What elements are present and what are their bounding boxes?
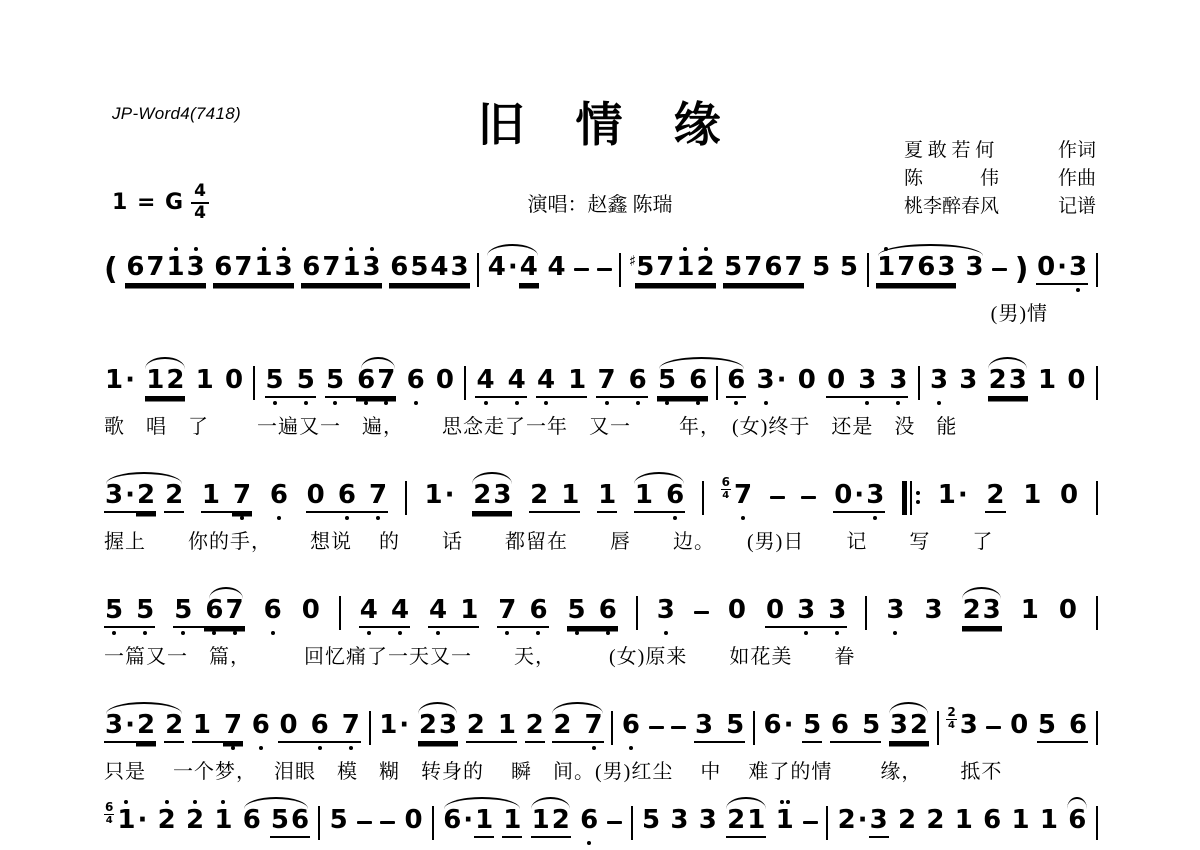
note: 1 xyxy=(1039,798,1059,847)
octave-dots-low xyxy=(937,398,941,407)
note-chars: 2·3 xyxy=(837,798,889,847)
note-digit: 3 xyxy=(756,366,776,398)
octave-dots-low xyxy=(835,628,839,637)
octave-dot xyxy=(231,746,235,750)
barline xyxy=(865,596,867,630)
note: 6 xyxy=(982,798,1002,847)
note: 4 1 xyxy=(536,358,587,407)
note-digit: 6 xyxy=(598,596,618,628)
note-chars: 0 xyxy=(1058,588,1078,637)
note-char xyxy=(714,703,725,752)
note-digit: 6 xyxy=(301,253,321,285)
note-digit: 3 xyxy=(958,366,978,398)
note-digit: 6 xyxy=(337,481,357,513)
note-char xyxy=(877,358,888,407)
note-char: 7 xyxy=(743,245,763,294)
note: 0 xyxy=(1009,703,1029,752)
note: 1· xyxy=(104,358,136,407)
note: 1· xyxy=(937,473,969,522)
note-char xyxy=(326,473,337,522)
note-digit: 0 xyxy=(278,711,298,743)
barline xyxy=(867,253,869,287)
note-digit: 1 xyxy=(213,806,233,838)
note-digit: 6 xyxy=(916,253,936,285)
barline xyxy=(1096,711,1098,745)
note-digit: 5 xyxy=(723,253,743,285)
octave-dots-low xyxy=(333,398,337,407)
note-digit: 5 xyxy=(802,711,822,743)
note-char: 3 xyxy=(869,798,889,847)
note-char: 1 xyxy=(1020,588,1040,637)
meter-fraction: 4 4 xyxy=(191,183,209,222)
note-char xyxy=(785,588,796,637)
note-digit: 5 xyxy=(1037,711,1057,743)
note-digit: 2 xyxy=(157,806,177,838)
note: 6 xyxy=(269,473,289,522)
note-chars: 1 xyxy=(775,798,795,847)
note: 0 6 7 xyxy=(278,703,360,752)
note-chars: 1 xyxy=(1010,798,1030,847)
note-digit: 1 xyxy=(1039,806,1059,838)
note: 6 xyxy=(621,703,641,752)
note: 5 6 xyxy=(567,588,618,637)
octave-dots-low xyxy=(240,513,244,522)
lyrics-line: 握上 你的手， 想说 的 话 都留在 唇 边。 (男)日 记 写 了 xyxy=(104,525,1098,554)
note: 6713 xyxy=(301,245,381,294)
note-digit: 7 xyxy=(896,253,916,285)
note: 5 6 xyxy=(1037,703,1088,752)
note: 3 xyxy=(929,358,949,407)
octave-dots-low xyxy=(636,398,640,407)
note-chars: 0 6 7 xyxy=(278,703,360,752)
note-digit: 7 xyxy=(233,253,253,285)
octave-dot xyxy=(165,800,169,804)
note-char: 4 xyxy=(359,588,379,637)
note-chars: 6 xyxy=(269,473,289,522)
notes-row: (67136713671365434·44♯571257675517633)0·… xyxy=(104,245,1098,294)
note-chars: 3 xyxy=(929,358,949,407)
note-chars: 2 7 xyxy=(552,703,603,752)
note-char: · xyxy=(783,703,795,752)
octave-dot xyxy=(664,631,668,635)
note: 0 xyxy=(1066,358,1086,407)
note: 5 xyxy=(641,798,661,847)
octave-dot xyxy=(484,401,488,405)
note-digit: 6 xyxy=(242,806,262,838)
note-chars: 6 5 xyxy=(830,703,881,752)
note: 647 xyxy=(721,473,753,522)
note-char: 2 xyxy=(985,473,1005,522)
note-chars: 32 xyxy=(889,703,929,752)
note: ♯5712 xyxy=(629,245,716,294)
note-char: 5 xyxy=(839,245,859,294)
notes-row: 3·221 760 6 71·232 111 66470·31·210 xyxy=(104,473,1098,522)
note-chars: 1 xyxy=(597,473,617,522)
note: 5 5 xyxy=(104,588,155,637)
time-signature-change: 24 xyxy=(946,706,956,731)
note-char: 1 xyxy=(201,473,221,522)
note-digit: 3 xyxy=(865,481,885,513)
slur-group: 6·11 xyxy=(442,798,522,847)
notes-row: 641·221656506·111265332112·32216116 xyxy=(104,798,1098,847)
note-digit: 2 xyxy=(726,806,746,838)
notes-row: 3·221 760 6 71·232 122 763 56·56 5322430… xyxy=(104,703,1098,752)
lyrics-line: (男)情 xyxy=(104,297,1098,326)
note-digit: 1 xyxy=(116,806,136,838)
note-char: 1 xyxy=(954,798,974,847)
note-digit: · xyxy=(507,253,519,285)
note-char: 1 xyxy=(1022,473,1042,522)
note-char: 0 xyxy=(404,798,424,847)
octave-dots-low xyxy=(734,398,738,407)
note-char: 1 xyxy=(1039,798,1059,847)
note-digit: 5 xyxy=(811,253,831,285)
time-signature-change: 64 xyxy=(104,801,114,826)
note: 1 xyxy=(213,798,233,847)
note-digit: 1 xyxy=(192,711,212,743)
octave-dots-low xyxy=(515,398,519,407)
credit-name: 桃李醉春风 xyxy=(904,193,999,221)
note-chars: 12 xyxy=(531,798,571,847)
duration-dash xyxy=(803,821,818,824)
note-digit xyxy=(496,366,507,398)
notes-row: 1·12105 55 67604 44 17 65 663·00 3 33323… xyxy=(104,358,1098,407)
note-char: 1 xyxy=(775,798,795,847)
barline xyxy=(1096,596,1098,630)
note-chars: 0 3 3 xyxy=(765,588,847,637)
octave-dots-low xyxy=(112,628,116,637)
note-digit: · xyxy=(136,806,148,838)
note-chars: 0 xyxy=(1009,703,1029,752)
note-char: 2 xyxy=(525,703,545,752)
note-chars: 0 xyxy=(727,588,747,637)
octave-dot xyxy=(741,516,745,520)
barline xyxy=(937,711,939,745)
note-digit xyxy=(572,711,583,743)
barline xyxy=(716,366,718,400)
note-char: 3 xyxy=(656,588,676,637)
octave-dot xyxy=(333,401,337,405)
octave-dot xyxy=(364,401,368,405)
note-char: · xyxy=(124,358,136,407)
slur-group: 656 xyxy=(242,798,310,847)
octave-dots-low xyxy=(277,513,281,522)
parenthesis: ) xyxy=(1015,247,1029,293)
note-digit: 2 xyxy=(695,253,715,285)
lyrics-line: 歌 唱 了 一遍又一 遍， 思念走了一年 又一 年， (女)终于 还是 没 能 xyxy=(104,410,1098,439)
music-line: (67136713671365434·44♯571257675517633)0·… xyxy=(104,245,1098,326)
octave-dots-low xyxy=(143,628,147,637)
note-chars: 4 xyxy=(546,245,566,294)
note-digit: · xyxy=(462,806,474,838)
barline xyxy=(631,806,633,840)
note-chars: 0 xyxy=(1059,473,1079,522)
note: 3 xyxy=(656,588,676,637)
note-char xyxy=(496,358,507,407)
duration-dash xyxy=(986,726,1001,729)
sheet-music-page: { "page": {"bg": "#ffffff", "fg": "#0000… xyxy=(0,0,1200,850)
note-char: 5 xyxy=(811,245,831,294)
note: 4·4 xyxy=(487,245,539,294)
note-char xyxy=(816,588,827,637)
note: 1 xyxy=(954,798,974,847)
note-digit: 7 xyxy=(225,596,245,628)
duration-dash xyxy=(770,496,785,499)
note-digit xyxy=(326,481,337,513)
note-char xyxy=(212,703,223,752)
octave-dots-low xyxy=(233,628,237,637)
note-digit: 4 xyxy=(429,253,449,285)
note-char: · xyxy=(136,798,148,847)
note-char: 6 xyxy=(598,588,618,637)
note-digit: 1 xyxy=(937,481,957,513)
slur-group: 3·22 xyxy=(104,703,184,752)
note-digit xyxy=(357,481,368,513)
note-chars: 7 6 xyxy=(497,588,548,637)
note-digit: 0 xyxy=(224,366,244,398)
octave-dot xyxy=(1076,288,1080,292)
note-digit xyxy=(654,481,665,513)
note-char: 5 xyxy=(802,703,822,752)
slur-group: 3·22 xyxy=(104,473,184,522)
note-chars: 5712 xyxy=(635,245,715,294)
note-digit xyxy=(617,366,628,398)
note-digit xyxy=(212,711,223,743)
octave-dot xyxy=(370,247,374,251)
note-char: 0 xyxy=(727,588,747,637)
octave-dots-low xyxy=(696,398,700,407)
note: 0 xyxy=(1058,588,1078,637)
note-digit: 2 xyxy=(185,806,205,838)
note-char: 4 xyxy=(429,245,449,294)
octave-dots-low xyxy=(271,628,275,637)
note-digit xyxy=(549,481,560,513)
note-digit: 3 xyxy=(698,806,718,838)
note-chars: 4·4 xyxy=(487,245,539,294)
note-chars: 0 xyxy=(797,358,817,407)
note-char: 1 xyxy=(424,473,444,522)
note-char: 7 xyxy=(321,245,341,294)
note-chars: 23 xyxy=(988,358,1028,407)
note-digit: 1 xyxy=(166,253,186,285)
duration-dash xyxy=(649,726,664,729)
note-char: 2 xyxy=(837,798,857,847)
note-char: 5 xyxy=(173,588,193,637)
note: 5 xyxy=(802,703,822,752)
note-char xyxy=(345,358,356,407)
octave-dot xyxy=(233,631,237,635)
octave-dots-low xyxy=(181,628,185,637)
note-digit xyxy=(877,366,888,398)
note-digit xyxy=(846,366,857,398)
note-char: 1 xyxy=(497,703,517,752)
note-digit: 6 xyxy=(763,253,783,285)
music-line: 641·221656506·111265332112·32216116 xyxy=(104,798,1098,847)
octave-dots-low xyxy=(364,398,368,407)
note-chars: 1· xyxy=(937,473,969,522)
note-digit: 7 xyxy=(145,253,165,285)
note-char: 5 xyxy=(329,798,349,847)
note-chars: 5 xyxy=(811,245,831,294)
note-char: 6 xyxy=(406,358,426,407)
note-digit: 0 xyxy=(301,596,321,628)
note: 5 xyxy=(839,245,859,294)
note-chars: 4 4 xyxy=(359,588,410,637)
note-chars: 3· xyxy=(756,358,788,407)
note-chars: 5 6 xyxy=(567,588,618,637)
octave-dot xyxy=(780,800,784,804)
octave-dot xyxy=(304,401,308,405)
note: 1 7 xyxy=(192,703,243,752)
octave-dots-low xyxy=(896,398,900,407)
note-chars: 1· xyxy=(104,358,136,407)
octave-dot xyxy=(505,631,509,635)
note: 6· xyxy=(763,703,795,752)
note-chars: 6· xyxy=(763,703,795,752)
octave-dots-low xyxy=(349,743,353,752)
meter-numerator: 4 xyxy=(191,183,209,204)
octave-dots-low xyxy=(398,628,402,637)
note-digit: 7 xyxy=(733,481,753,513)
note-char xyxy=(517,588,528,637)
note: 1 xyxy=(775,798,795,847)
note-digit: 3 xyxy=(796,596,816,628)
note-digit: 1 xyxy=(341,253,361,285)
note: 3 xyxy=(885,588,905,637)
note: 0·3 xyxy=(833,473,885,522)
note-char: 6 xyxy=(251,703,271,752)
note: 2 xyxy=(185,798,205,847)
note: 3 xyxy=(698,798,718,847)
octave-dot xyxy=(262,247,266,251)
octave-dot xyxy=(893,631,897,635)
note: 3 xyxy=(958,358,978,407)
note-digit: 7 xyxy=(497,596,517,628)
note-char: 6 xyxy=(310,703,330,752)
note-chars: 5 67 xyxy=(325,358,396,407)
note-chars: 5 5 xyxy=(265,358,316,407)
octave-dot xyxy=(282,247,286,251)
note-chars: 5 xyxy=(802,703,822,752)
note-char: 3 xyxy=(959,703,979,752)
octave-dots-low xyxy=(664,628,668,637)
note: 23 xyxy=(418,703,458,752)
note-digit: 6 xyxy=(982,806,1002,838)
note: 4 4 xyxy=(359,588,410,637)
octave-dots-low xyxy=(606,628,610,637)
note-char: 3 xyxy=(1068,245,1088,294)
duration-dash xyxy=(597,268,612,271)
barline xyxy=(369,711,371,745)
note-digit: 1 xyxy=(145,366,165,398)
octave-dot xyxy=(349,247,353,251)
note-char: 3 xyxy=(694,703,714,752)
octave-dot xyxy=(143,631,147,635)
note-char: 0 xyxy=(1036,245,1056,294)
note-char: 1 xyxy=(253,245,273,294)
note-chars: 23 xyxy=(962,588,1002,637)
note-chars: 1 xyxy=(195,358,215,407)
barline xyxy=(339,596,341,630)
note-char: 5 xyxy=(265,358,285,407)
note-char: 0 xyxy=(797,358,817,407)
note-char xyxy=(587,588,598,637)
note-char: 1 xyxy=(1010,798,1030,847)
note-char: 1 xyxy=(675,245,695,294)
note-char: 4 xyxy=(390,588,410,637)
barline xyxy=(1096,806,1098,840)
note-digit: · xyxy=(444,481,456,513)
note-digit: 3 xyxy=(492,481,512,513)
octave-dots-low xyxy=(592,743,596,752)
note-char: 1 xyxy=(937,473,957,522)
octave-dots-low xyxy=(673,513,677,522)
note-char: 3 xyxy=(929,358,949,407)
note-char: 7 xyxy=(341,703,361,752)
octave-dot xyxy=(575,631,579,635)
note-chars: 1· xyxy=(116,798,148,847)
note-char: 6 xyxy=(763,703,783,752)
note-digit: 3 xyxy=(959,711,979,743)
note-chars: 6 xyxy=(263,588,283,637)
note-char: 0 xyxy=(1009,703,1029,752)
note-digit xyxy=(816,596,827,628)
note-chars: 1· xyxy=(424,473,456,522)
octave-dot xyxy=(605,401,609,405)
slur-group: 17633 xyxy=(876,245,984,294)
octave-dot xyxy=(544,401,548,405)
note-digit: 2 xyxy=(962,596,982,628)
octave-dots-low xyxy=(414,398,418,407)
note: 5767 xyxy=(723,245,803,294)
octave-dot xyxy=(937,401,941,405)
note-chars: 6713 xyxy=(125,245,205,294)
note-char: 5 xyxy=(725,703,745,752)
note-char: 5 xyxy=(296,358,316,407)
note-digit xyxy=(785,596,796,628)
octave-dots-low xyxy=(304,398,308,407)
note-char: 7 xyxy=(233,245,253,294)
note-char: 6 xyxy=(263,588,283,637)
octave-dot xyxy=(349,746,353,750)
note-chars: 5 xyxy=(329,798,349,847)
note-digit: 5 xyxy=(296,366,316,398)
note-digit xyxy=(345,366,356,398)
note-char: 6 xyxy=(579,798,599,847)
note-digit: 6 xyxy=(763,711,783,743)
key-prefix: 1 = G xyxy=(112,190,184,215)
note-chars: 1 xyxy=(213,798,233,847)
note-digit xyxy=(587,596,598,628)
note-digit xyxy=(193,596,204,628)
note-chars: 5 xyxy=(839,245,859,294)
octave-dots-low xyxy=(273,398,277,407)
note-chars: 3 xyxy=(959,703,979,752)
note: 6 xyxy=(263,588,283,637)
note-chars: 1 7 xyxy=(192,703,243,752)
note-digit: 7 xyxy=(321,253,341,285)
note: 21 xyxy=(726,798,766,847)
note-chars: 6713 xyxy=(213,245,293,294)
note-digit: 6 xyxy=(579,806,599,838)
note-digit: 1 xyxy=(253,253,273,285)
note-char: 5 xyxy=(325,358,345,407)
note-digit: 5 xyxy=(104,596,124,628)
note-digit: 7 xyxy=(584,711,604,743)
note-char xyxy=(556,358,567,407)
note-digit: 7 xyxy=(783,253,803,285)
note-digit xyxy=(677,366,688,398)
